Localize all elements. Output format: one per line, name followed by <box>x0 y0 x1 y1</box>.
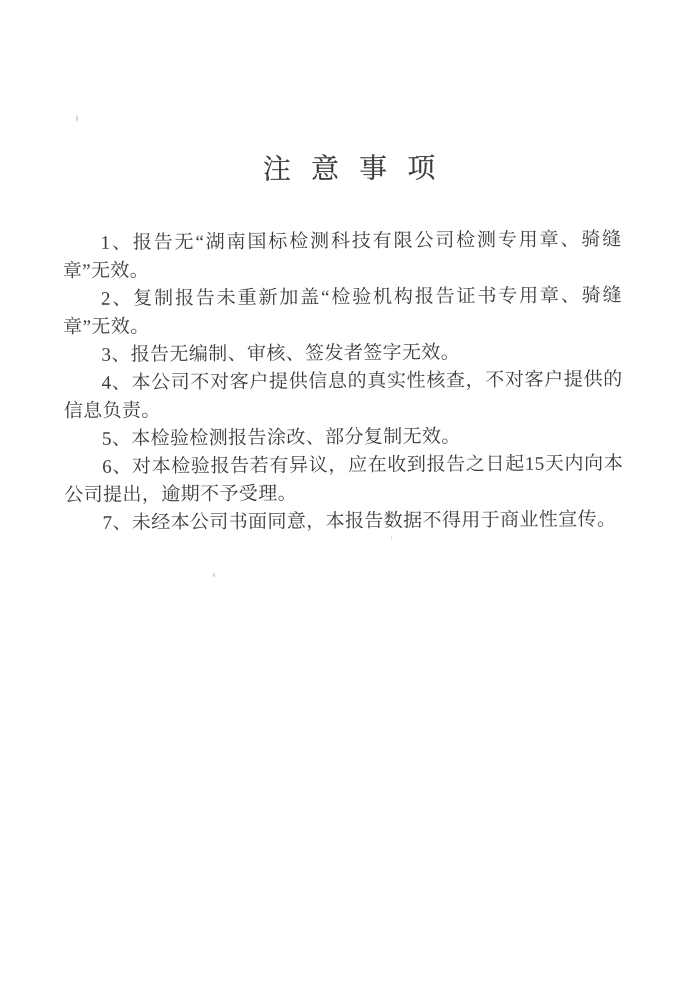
scan-speck <box>391 536 392 540</box>
scan-speck <box>213 573 215 577</box>
notice-item-4: 4、本公司不对客户提供信息的真实性核查，不对客户提供的信息负责。 <box>64 366 623 426</box>
document-page: 注意事项 1、报告无“湖南国标检测科技有限公司检测专用章、骑缝章”无效。 2、复… <box>0 0 700 990</box>
notice-item-3: 3、报告无编制、审核、签发者签字无效。 <box>63 338 622 370</box>
notice-item-2: 2、复制报告未重新加盖“检验机构报告证书专用章、骑缝章”无效。 <box>63 282 622 342</box>
notice-item-7: 7、未经本公司书面同意，本报告数据不得用于商业性宣传。 <box>64 506 623 538</box>
notice-list: 1、报告无“湖南国标检测科技有限公司检测专用章、骑缝章”无效。 2、复制报告未重… <box>63 226 624 538</box>
page-title: 注意事项 <box>0 154 699 187</box>
notice-item-1: 1、报告无“湖南国标检测科技有限公司检测专用章、骑缝章”无效。 <box>63 226 622 286</box>
scan-speck <box>76 116 78 121</box>
notice-item-5: 5、本检验检测报告涂改、部分复制无效。 <box>64 422 623 454</box>
notice-item-6: 6、对本检验报告若有异议，应在收到报告之日起15天内向本公司提出，逾期不予受理。 <box>64 450 623 510</box>
